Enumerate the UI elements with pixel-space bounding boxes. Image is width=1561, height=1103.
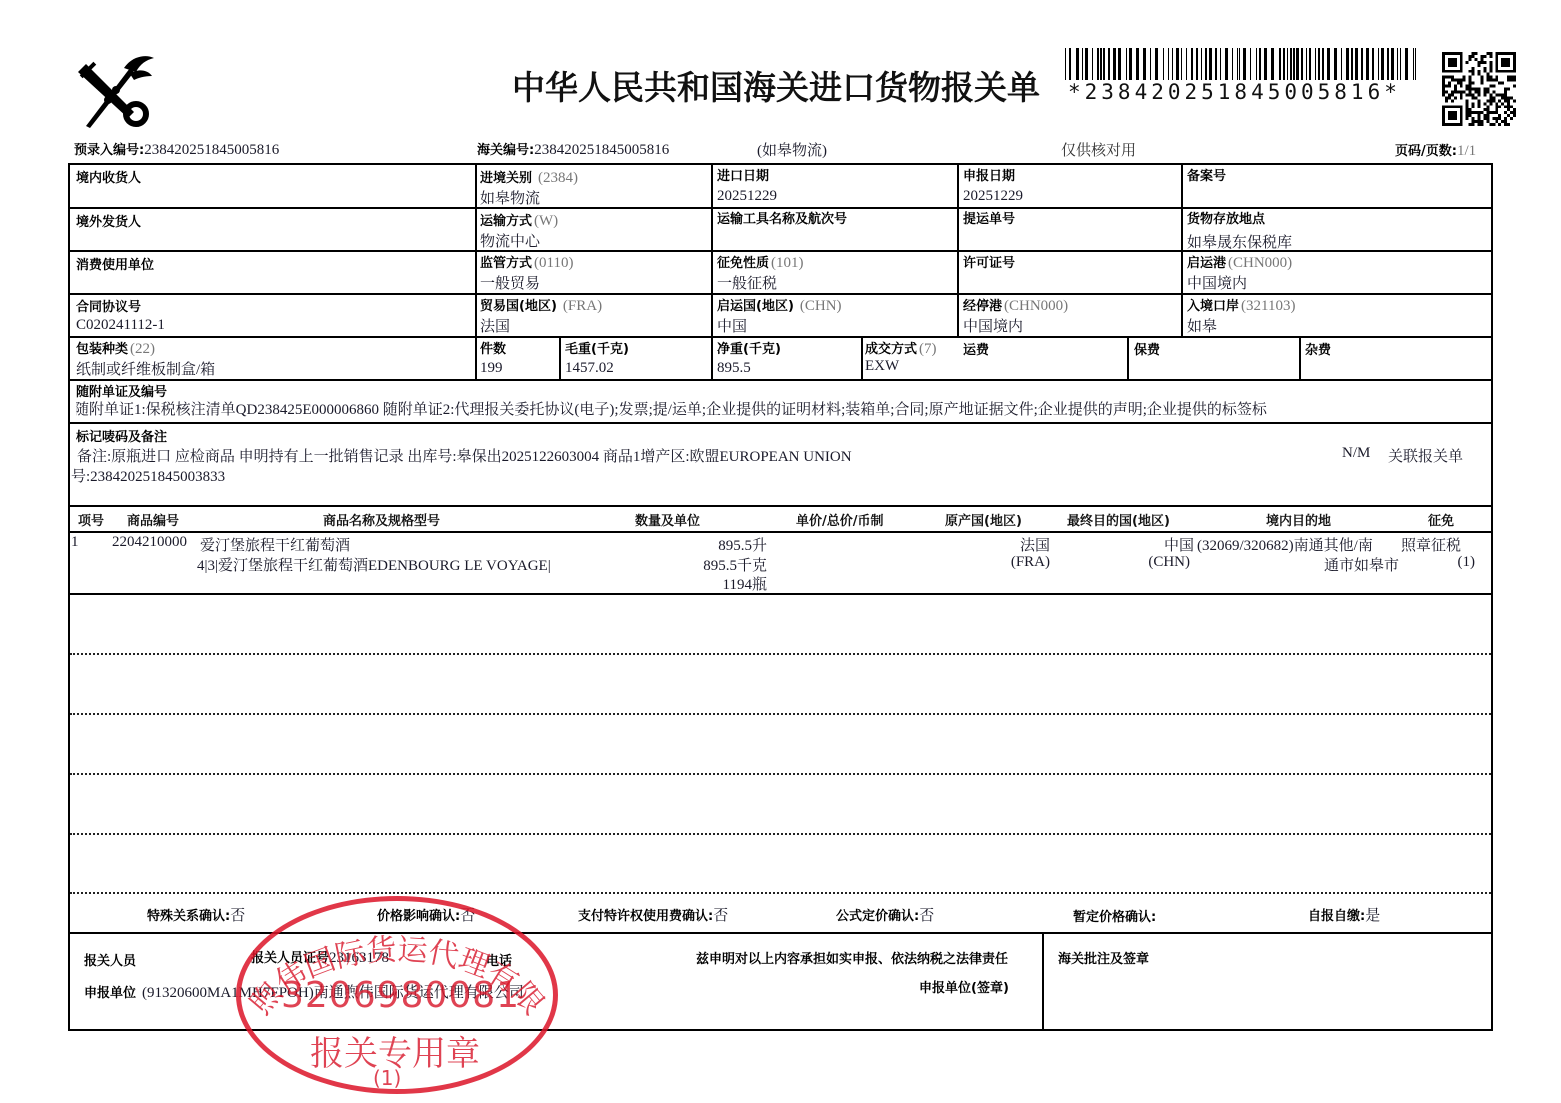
trade-country-field: 贸易国(地区)(FRA) 法国 bbox=[480, 295, 602, 336]
customs-approval-label: 海关批注及签章 bbox=[1058, 948, 1149, 967]
legal-statement: 兹申明对以上内容承担如实申报、依法纳税之法律责任 bbox=[696, 948, 1008, 967]
item-qty-3: 1194瓶 bbox=[723, 573, 767, 594]
item-levy-code: (1) bbox=[1458, 554, 1476, 571]
pieces-field: 件数 199 bbox=[480, 338, 506, 377]
customs-office-note: (如皋物流) bbox=[757, 139, 827, 160]
item-no: 1 bbox=[71, 534, 79, 551]
consumer-unit-field: 消费使用单位 bbox=[76, 254, 154, 273]
declarant-cert: 报关人员证号23163178 bbox=[251, 947, 389, 967]
col-header-origin: 原产国(地区) bbox=[945, 510, 1022, 529]
levy-nature-field: 征免性质(101) 一般征税 bbox=[717, 252, 804, 293]
import-date-field: 进口日期 20251229 bbox=[717, 165, 777, 205]
check-only-note: 仅供核对用 bbox=[1061, 139, 1136, 160]
package-type-field: 包装种类(22) 纸制或纤维板制盒/箱 bbox=[76, 338, 215, 379]
marks-text: N/M bbox=[1342, 445, 1370, 462]
contract-no-field: 合同协议号 C020241112-1 bbox=[76, 296, 165, 334]
pre-entry-number: 预录入编号:238420251845005816 bbox=[74, 139, 279, 159]
col-header-hs-code: 商品编号 bbox=[127, 510, 179, 529]
item-domestic-dest-2: 通市如皋市 bbox=[1324, 554, 1399, 575]
transit-port-field: 经停港(CHN000) 中国境内 bbox=[963, 295, 1068, 336]
phone-label: 电话 bbox=[486, 950, 512, 969]
provisional-price-confirm: 暂定价格确认: bbox=[1073, 906, 1156, 926]
gross-weight-field: 毛重(千克) 1457.02 bbox=[565, 338, 629, 377]
col-header-domestic-dest: 境内目的地 bbox=[1266, 510, 1331, 529]
departure-port-field: 启运港(CHN000) 中国境内 bbox=[1187, 252, 1292, 293]
storage-place-field: 货物存放地点 如皋晟东保税库 bbox=[1187, 208, 1292, 252]
bill-no-field: 提运单号 bbox=[963, 208, 1015, 227]
barcode-text: *238420251845005816* bbox=[1068, 80, 1401, 104]
misc-fee-field: 杂费 bbox=[1305, 339, 1331, 358]
item-hs-code: 2204210000 bbox=[112, 534, 187, 551]
domestic-consignee-field: 境内收货人 bbox=[76, 167, 141, 186]
royalty-confirm: 支付特许权使用费确认:否 bbox=[578, 904, 728, 925]
page-indicator: 页码/页数:1/1 bbox=[1395, 140, 1476, 160]
item-origin-code: (FRA) bbox=[1011, 554, 1050, 571]
sign-label: 申报单位(签章) bbox=[919, 977, 1009, 996]
item-spec: 4|3|爱汀堡旅程干红葡萄酒EDENBOURG LE VOYAGE| bbox=[197, 554, 551, 575]
transaction-mode-field: 成交方式(7) EXW bbox=[865, 338, 937, 375]
item-qty-1: 895.5升 bbox=[718, 534, 767, 555]
departure-country-field: 启运国(地区)(CHN) 中国 bbox=[717, 295, 842, 336]
item-origin: 法国 bbox=[1020, 534, 1050, 555]
supervision-mode-field: 监管方式(0110) 一般贸易 bbox=[480, 252, 573, 293]
freight-field: 运费 bbox=[963, 339, 989, 358]
item-dest-country-code: (CHN) bbox=[1148, 554, 1190, 571]
transport-tool-field: 运输工具名称及航次号 bbox=[717, 208, 847, 227]
col-header-quantity: 数量及单位 bbox=[635, 510, 700, 529]
formula-pricing-confirm: 公式定价确认:否 bbox=[836, 904, 934, 925]
related-declaration-label: 关联报关单 bbox=[1388, 445, 1463, 466]
col-header-price: 单价/总价/币制 bbox=[796, 510, 884, 529]
license-no-field: 许可证号 bbox=[963, 252, 1015, 271]
declarant-label: 报关人员 bbox=[84, 950, 136, 969]
barcode-icon bbox=[1065, 48, 1419, 80]
entry-port-field: 入境口岸(321103) 如皋 bbox=[1187, 295, 1295, 336]
special-relation-confirm: 特殊关系确认:否 bbox=[147, 904, 245, 925]
record-no-field: 备案号 bbox=[1187, 165, 1226, 184]
price-impact-confirm: 价格影响确认:否 bbox=[377, 904, 475, 925]
declare-date-field: 申报日期 20251229 bbox=[963, 165, 1023, 205]
item-dest-country: 中国 bbox=[1164, 534, 1194, 555]
item-qty-2: 895.5千克 bbox=[703, 554, 767, 575]
col-header-dest-country: 最终目的国(地区) bbox=[1067, 510, 1170, 529]
item-domestic-dest: (32069/320682)南通其他/南 bbox=[1197, 534, 1373, 555]
seal-index: (1) bbox=[373, 1066, 401, 1090]
entry-customs-field: 进境关别(2384) 如皋物流 bbox=[480, 167, 578, 208]
insurance-field: 保费 bbox=[1134, 339, 1160, 358]
self-pay-confirm: 自报自缴:是 bbox=[1308, 904, 1380, 925]
customs-emblem-icon bbox=[72, 50, 156, 130]
attached-docs-field: 随附单证及编号 随附单证1:保税核注清单QD238425E000006860 随… bbox=[76, 381, 1486, 421]
remarks-text: 备注:原瓶进口 应检商品 申明持有上一批销售记录 出库号:皋保出20251226… bbox=[77, 445, 852, 466]
customs-number: 海关编号:238420251845005816 bbox=[477, 139, 669, 159]
col-header-name-spec: 商品名称及规格型号 bbox=[323, 510, 440, 529]
related-declaration-number: 号:238420251845003833 bbox=[71, 465, 225, 486]
marks-remarks-label: 标记唛码及备注 bbox=[76, 426, 167, 445]
item-name: 爱汀堡旅程干红葡萄酒 bbox=[200, 534, 350, 555]
qr-code-icon bbox=[1442, 52, 1516, 126]
col-header-item-no: 项号 bbox=[78, 510, 104, 529]
net-weight-field: 净重(千克) 895.5 bbox=[717, 338, 781, 377]
col-header-levy: 征免 bbox=[1428, 510, 1454, 529]
overseas-consignor-field: 境外发货人 bbox=[76, 211, 141, 230]
seal-number: 3206980081 bbox=[281, 975, 520, 1016]
item-levy: 照章征税 bbox=[1401, 534, 1461, 555]
page-title: 中华人民共和国海关进口货物报关单 bbox=[512, 62, 1040, 109]
transport-mode-field: 运输方式(W) 物流中心 bbox=[480, 210, 558, 251]
